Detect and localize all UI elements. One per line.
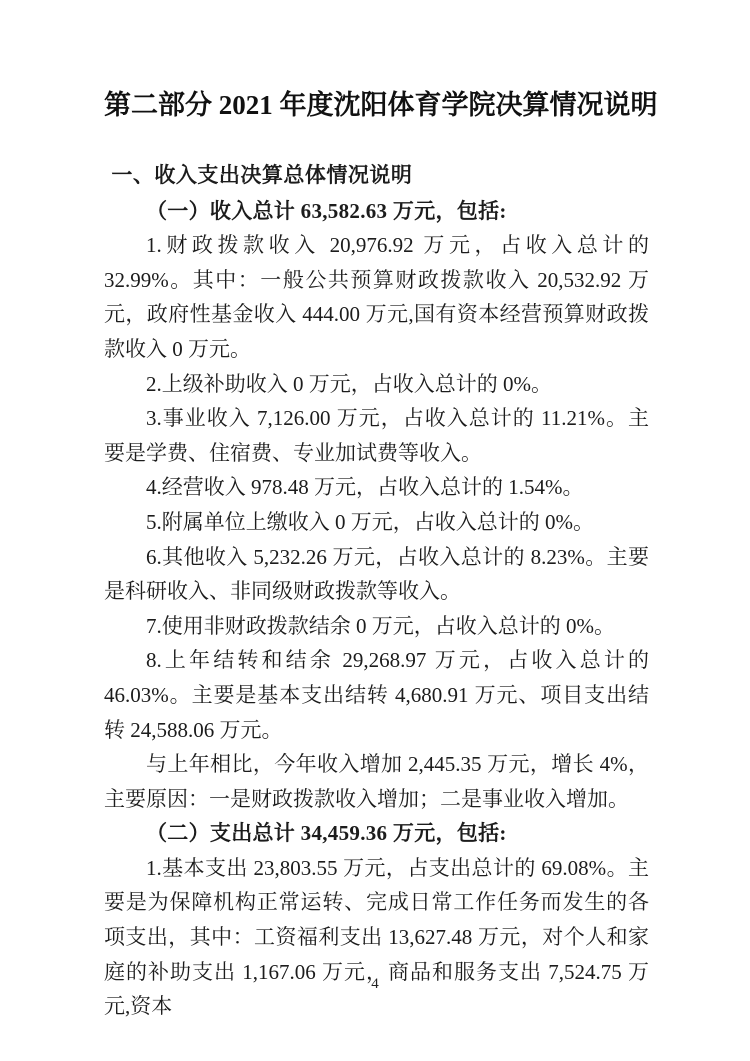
paragraph-3: 1.财政拨款收入 20,976.92 万元，占收入总计的 32.99%。其中：一… (104, 228, 649, 366)
paragraph-6: 4.经营收入 978.48 万元，占收入总计的 1.54%。 (104, 470, 649, 505)
paragraph-9: 7.使用非财政拨款结余 0 万元，占收入总计的 0%。 (104, 609, 649, 644)
document-body: 一、收入支出决算总体情况说明（一）收入总计 63,582.63 万元，包括:1.… (104, 159, 649, 1024)
paragraph-2: （一）收入总计 63,582.63 万元，包括: (104, 194, 649, 229)
paragraph-12: （二）支出总计 34,459.36 万元，包括: (104, 816, 649, 851)
paragraph-1: 一、收入支出决算总体情况说明 (104, 159, 649, 194)
document-content: 第二部分 2021 年度沈阳体育学院决算情况说明 一、收入支出决算总体情况说明（… (104, 88, 649, 1024)
paragraph-4: 2.上级补助收入 0 万元，占收入总计的 0%。 (104, 367, 649, 402)
paragraph-10: 8.上年结转和结余 29,268.97 万元，占收入总计的 46.03%。主要是… (104, 643, 649, 747)
paragraph-7: 5.附属单位上缴收入 0 万元，占收入总计的 0%。 (104, 505, 649, 540)
paragraph-5: 3.事业收入 7,126.00 万元，占收入总计的 11.21%。主要是学费、住… (104, 401, 649, 470)
page-number: 4 (0, 976, 750, 993)
paragraph-8: 6.其他收入 5,232.26 万元，占收入总计的 8.23%。主要是科研收入、… (104, 540, 649, 609)
paragraph-13: 1.基本支出 23,803.55 万元，占支出总计的 69.08%。主要是为保障… (104, 851, 649, 1024)
document-title: 第二部分 2021 年度沈阳体育学院决算情况说明 (104, 88, 649, 123)
paragraph-11: 与上年相比，今年收入增加 2,445.35 万元，增长 4%，主要原因：一是财政… (104, 747, 649, 816)
document-page: 第二部分 2021 年度沈阳体育学院决算情况说明 一、收入支出决算总体情况说明（… (0, 0, 750, 1061)
